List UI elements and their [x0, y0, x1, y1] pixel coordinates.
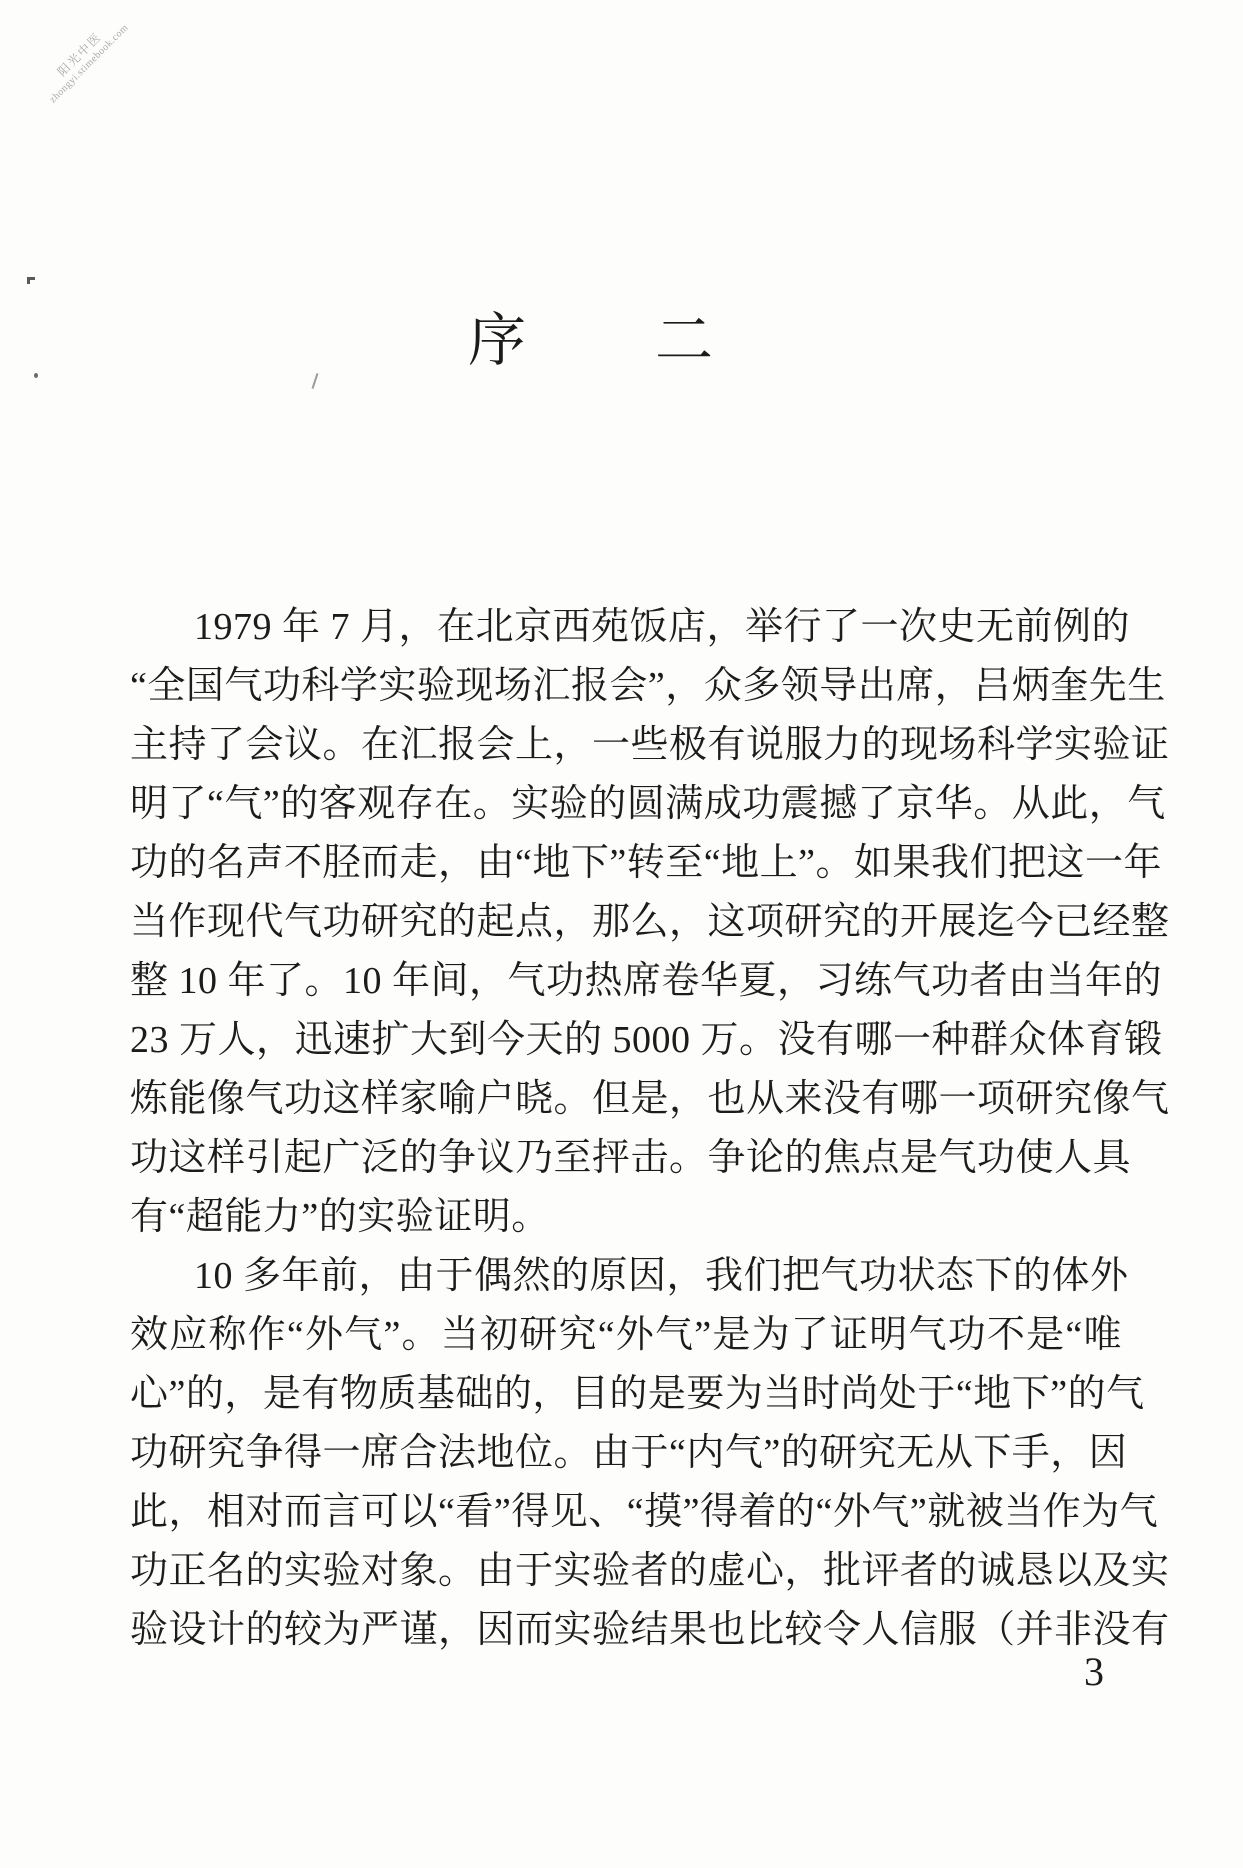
chapter-title-char-right: 二	[655, 293, 713, 377]
scan-artifact-slash	[312, 373, 319, 389]
text-line: 功正名的实验对象。由于实验者的虚心，批评者的诚恳以及实	[130, 1542, 1122, 1601]
text-line: 功这样引起广泛的争议乃至抨击。争论的焦点是气功使人具	[130, 1129, 1122, 1188]
text-line: 整 10 年了。10 年间，气功热席卷华夏，习练气功者由当年的	[130, 952, 1122, 1011]
text-line: 有“超能力”的实验证明。	[130, 1188, 1122, 1247]
text-line: “全国气功科学实验现场汇报会”，众多领导出席，吕炳奎先生	[130, 657, 1122, 716]
text-line: 1979 年 7 月，在北京西苑饭店，举行了一次史无前例的	[130, 598, 1122, 657]
chapter-title: 序 二	[0, 293, 1243, 373]
text-line: 炼能像气功这样家喻户晓。但是，也从来没有哪一项研究像气	[130, 1070, 1122, 1129]
text-line: 10 多年前，由于偶然的原因，我们把气功状态下的体外	[130, 1247, 1122, 1306]
text-line: 此，相对而言可以“看”得见、“摸”得着的“外气”就被当作为气	[130, 1483, 1122, 1542]
text-line: 当作现代气功研究的起点，那么，这项研究的开展迄今已经整	[130, 893, 1122, 952]
text-line: 验设计的较为严谨，因而实验结果也比较令人信服（并非没有	[130, 1601, 1122, 1660]
text-line: 心”的，是有物质基础的，目的是要为当时尚处于“地下”的气	[130, 1365, 1122, 1424]
scan-artifact-dot	[34, 373, 38, 378]
watermark-url-text: zhongyi.stimebook.com	[15, 0, 165, 139]
page-number: 3	[1084, 1648, 1104, 1695]
text-line: 23 万人，迅速扩大到今天的 5000 万。没有哪一种群众体育锻	[130, 1011, 1122, 1070]
scanned-page: 阳光中医 zhongyi.stimebook.com 序 二 1979 年 7 …	[0, 0, 1243, 1868]
text-line: 功的名声不胫而走，由“地下”转至“地上”。如果我们把这一年	[130, 834, 1122, 893]
text-line: 功研究争得一席合法地位。由于“内气”的研究无从下手，因	[130, 1424, 1122, 1483]
text-block: 1979 年 7 月，在北京西苑饭店，举行了一次史无前例的“全国气功科学实验现场…	[130, 598, 1122, 1660]
watermark: 阳光中医 zhongyi.stimebook.com	[4, 0, 165, 139]
chapter-title-char-left: 序	[468, 293, 526, 377]
text-line: 明了“气”的客观存在。实验的圆满成功震撼了京华。从此，气	[130, 775, 1122, 834]
scan-artifact-corner-mark	[27, 277, 35, 280]
text-line: 效应称作“外气”。当初研究“外气”是为了证明气功不是“唯	[130, 1306, 1122, 1365]
text-line: 主持了会议。在汇报会上，一些极有说服力的现场科学实验证	[130, 716, 1122, 775]
